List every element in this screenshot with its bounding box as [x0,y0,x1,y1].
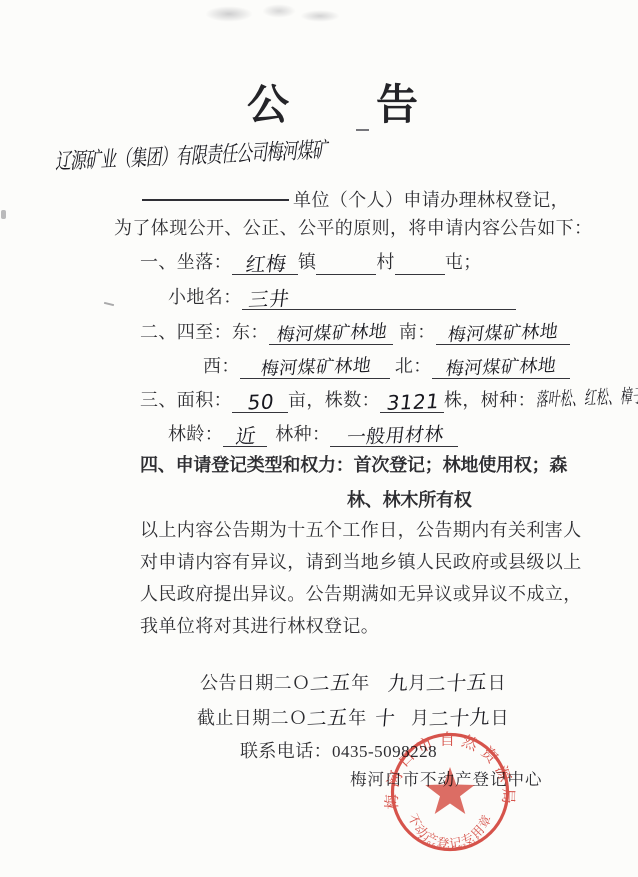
announce-year-unit: 年 [351,673,369,693]
deadline-date-label: 截止日期二 [197,708,289,728]
seal-star-icon [425,767,474,814]
forest-age-label: 林龄： [168,424,223,444]
east-value-handwritten: 梅河煤矿林地 [275,322,388,346]
announce-month-unit: 月 [408,673,426,693]
forest-type-value-handwritten: 一般用材林 [345,424,444,447]
announce-date-zero: Ｏ [292,673,310,693]
area-value-handwritten: 50 [246,391,275,412]
east-label: 东： [232,322,269,342]
boundaries-label: 二、四至： [140,322,232,342]
announce-date-line: 公告日期二Ｏ二五年九月二十五日 [200,669,506,696]
scanned-forest-rights-announcement: 公 告 辽源矿业（集团）有限责任公司梅河煤矿 单位（个人）申请办理林权登记， 为… [0,0,638,877]
scan-speck-artifact [1,210,6,219]
applicant-blank-underline [142,177,289,201]
contact-label: 联系电话： [240,741,332,761]
north-label: 北： [395,356,432,376]
body-paragraph-line: 人民政府提出异议。公告期满如无异议或异议不成立， [140,581,582,607]
announce-date-label: 公告日期二 [200,673,292,693]
forest-type-blank: 一般用材林 [330,424,458,447]
south-blank: 梅河煤矿林地 [436,322,570,345]
forest-type-label: 林种： [275,424,330,444]
scan-smudge-artifact [262,4,296,18]
village-blank [316,252,376,275]
body-paragraph-line: 对申请内容有异议，请到当地乡镇人民政府或县级以上 [140,549,582,575]
registration-type-line-2: 林、林木所有权 [347,487,472,513]
east-blank: 梅河煤矿林地 [269,322,393,345]
area-line-1: 三、面积：50亩，株数：3121株，树种：落叶松、红松、樟子松 [140,387,638,413]
town-value-handwritten: 红梅 [244,253,287,275]
west-blank: 梅河煤矿林地 [240,356,390,379]
area-blank: 50 [232,390,288,413]
announce-day-unit: 日 [488,673,506,693]
tun-blank [395,252,445,275]
svg-text:不动产登记专用章: 不动产登记专用章 [405,811,495,851]
small-place-blank: 三井 [242,287,516,310]
village-unit-label: 村 [376,252,394,272]
town-unit-label: 镇 [298,252,316,272]
forest-age-blank: 近 [223,424,267,447]
south-value-handwritten: 梅河煤矿林地 [447,322,560,346]
intro-line-1: 单位（个人）申请办理林权登记， [293,187,569,213]
deadline-day-unit: 日 [491,708,509,728]
applicant-name-handwritten: 辽源矿业（集团）有限责任公司梅河煤矿 [55,141,330,173]
announce-year-handwritten: 二五 [309,669,352,697]
area-line-2: 林龄：近林种：一般用材林 [168,421,458,447]
scan-tick-artifact [104,302,114,306]
official-seal: 梅河口市自然资源局 不动产登记专用章 2205811643717 [384,726,516,866]
small-place-value-handwritten: 三井 [247,288,290,310]
body-paragraph-line: 我单位将对其进行林权登记。 [140,613,379,639]
seal-banner-text: 不动产登记专用章 [405,811,495,851]
count-blank: 3121 [380,390,444,413]
announce-day-handwritten: 二十五 [425,668,488,697]
north-blank: 梅河煤矿林地 [432,356,570,379]
count-value-handwritten: 3121 [385,391,440,413]
announce-month-handwritten: 九 [386,669,409,696]
town-blank: 红梅 [232,252,298,275]
body-paragraph-line: 以上内容公告期为十五个工作日，公告期内有关利害人 [140,517,582,543]
small-place-label: 小地名： [168,287,242,307]
deadline-year-unit: 年 [348,708,366,728]
south-label: 南： [399,322,436,342]
species-value-handwritten: 落叶松、红松、樟子松 [536,386,638,410]
deadline-date-zero: Ｏ [289,708,307,728]
scan-smudge-artifact [300,10,340,22]
north-value-handwritten: 梅河煤矿林地 [445,356,558,380]
west-value-handwritten: 梅河煤矿林地 [259,356,372,380]
deadline-year-handwritten: 二五 [306,704,349,732]
scan-smudge-artifact [205,6,253,22]
count-unit-label: 株，树种： [444,390,536,410]
registration-type-line-1: 四、申请登记类型和权力：首次登记；林地使用权；森 [140,452,567,478]
boundaries-line-2: 西：梅河煤矿林地北：梅河煤矿林地 [203,353,570,379]
item-location-line: 一、坐落：红梅镇村屯； [140,249,482,275]
forest-age-value-handwritten: 近 [235,426,258,447]
west-label: 西： [203,356,240,376]
location-label: 一、坐落： [140,252,232,272]
intro-line-2: 为了体现公开、公正、公平的原则，将申请内容公告如下： [114,215,592,241]
area-unit-label: 亩，株数： [288,390,380,410]
deadline-month-unit: 月 [411,708,429,728]
scan-dash-artifact [356,129,369,131]
area-label: 三、面积： [140,390,232,410]
boundaries-line-1: 二、四至：东：梅河煤矿林地南：梅河煤矿林地 [140,319,570,345]
page-title: 公 告 [0,72,638,132]
tun-unit-label: 屯； [445,252,482,272]
small-place-line: 小地名：三井 [168,284,516,310]
